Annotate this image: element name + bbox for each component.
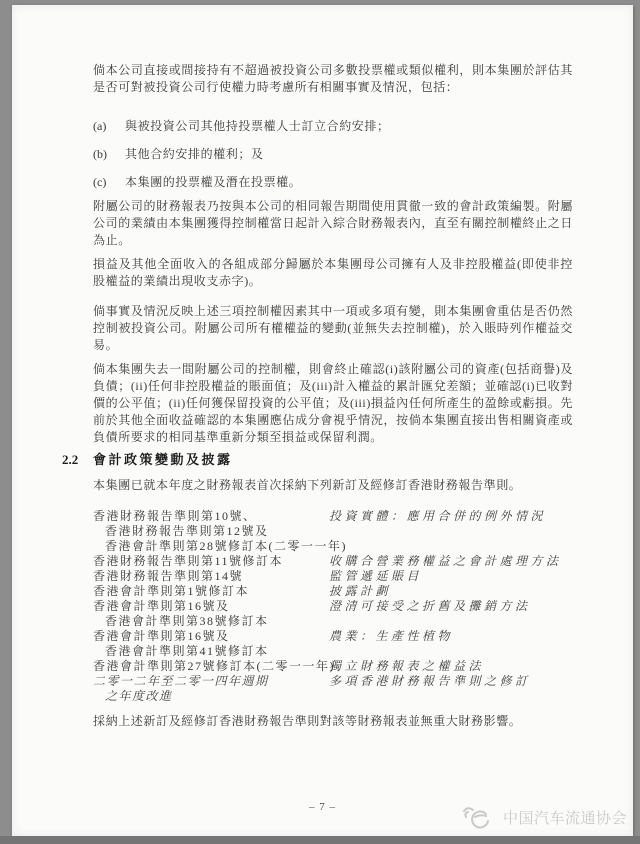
list-item-text: 其他合約安排的權利；及 [125,146,573,163]
section-heading-2-2: 2.2 會計政策變動及披露 [62,451,573,468]
standard-title: 獨立財務報表之權益法 [329,659,573,674]
list-item-label: (a) [93,118,113,135]
standards-row: 香港會計準則第1號修訂本 披露計劃 [93,584,573,599]
standard-title: 披露計劃 [329,584,573,599]
standards-row: 香港會計準則第16號及 香港會計準則第38號修訂本 澄清可接受之折舊及攤銷方法 [93,599,573,629]
list-item-text: 與被投資公司其他持投票權人士訂立合約安排； [125,118,573,135]
list-item-label: (c) [93,174,113,191]
list-item-label: (b) [93,146,113,163]
standard-title: 收購合營業務權益之會計處理方法 [329,554,573,569]
standard-name: 香港會計準則第1號修訂本 [93,584,329,599]
standard-title: 多項香港財務報告準則之修訂 [329,674,573,689]
standard-title: 監管遞延賬目 [329,569,573,584]
standard-name: 二零一二年至二零一四年週期 之年度改進 [93,674,329,704]
standards-row: 香港會計準則第16號及 香港會計準則第41號修訂本 農業：生產性植物 [93,629,573,659]
watermark: 中国汽车流通协会 [461,804,627,830]
paragraph-loss-of-control: 倘本集團失去一間附屬公司的控制權，則會終止確認(i)該附屬公司的資產(包括商譽)… [93,361,573,446]
scan-border-bottom [0,836,640,844]
standards-row: 二零一二年至二零一四年週期 之年度改進 多項香港財務報告準則之修訂 [93,674,573,704]
standard-title: 農業：生產性植物 [329,629,573,644]
standards-row: 香港財務報告準則第14號 監管遞延賬目 [93,569,573,584]
standards-table: 香港財務報告準則第10號、 香港財務報告準則第12號及 香港會計準則第28號修訂… [93,509,573,704]
list-item-a: (a) 與被投資公司其他持投票權人士訂立合約安排； [93,118,573,135]
standard-title: 投資實體：應用合併的例外情況 [329,509,573,524]
standard-name: 香港會計準則第27號修訂本(二零一一年) [93,659,329,674]
standard-name: 香港財務報告準則第11號修訂本 [93,554,329,569]
page-content: 倘本公司直接或間接持有不超過被投資公司多數投票權或類似權利，則本集團於評估其是否… [93,5,573,730]
paragraph-profit-loss-attribution: 損益及其他全面收入的各組成部分歸屬於本集團母公司擁有人及非控股權益(即使非控股權… [93,256,573,290]
paragraph-adoption-intro: 本集團已就本年度之財務報表首次採納下列新訂及經修訂香港財務報告準則。 [93,477,573,494]
list-item-b: (b) 其他合約安排的權利；及 [93,146,573,163]
paragraph-no-material-impact: 採納上述新訂及經修訂香港財務報告準則對該等財務報表並無重大財務影響。 [93,713,573,730]
list-item-text: 本集團的投票權及潛在投票權。 [125,174,573,191]
standards-row: 香港財務報告準則第10號、 香港財務報告準則第12號及 香港會計準則第28號修訂… [93,509,573,554]
paragraph-reassessment: 倘事實及情況反映上述三項控制權因素其中一項或多項有變，則本集團會重估是否仍然控制… [93,303,573,354]
standard-name: 香港會計準則第16號及 香港會計準則第38號修訂本 [93,599,329,629]
standards-row: 香港財務報告準則第11號修訂本 收購合營業務權益之會計處理方法 [93,554,573,569]
watermark-label: 中国汽车流通协会 [503,807,627,828]
standard-name: 香港財務報告準則第14號 [93,569,329,584]
standard-title: 澄清可接受之折舊及攤銷方法 [329,599,573,614]
list-item-c: (c) 本集團的投票權及潛在投票權。 [93,174,573,191]
standard-name: 香港會計準則第16號及 香港會計準則第41號修訂本 [93,629,329,659]
paragraph-subsidiary-statements: 附屬公司的財務報表乃按與本公司的相同報告期間使用貫徹一致的會計政策編製。附屬公司… [93,198,573,249]
document-page: 倘本公司直接或間接持有不超過被投資公司多數投票權或類似權利，則本集團於評估其是否… [12,5,633,836]
cada-logo-icon [461,804,497,830]
standards-row: 香港會計準則第27號修訂本(二零一一年) 獨立財務報表之權益法 [93,659,573,674]
standard-name: 香港財務報告準則第10號、 香港財務報告準則第12號及 香港會計準則第28號修訂… [93,509,329,554]
paragraph-control-assessment: 倘本公司直接或間接持有不超過被投資公司多數投票權或類似權利，則本集團於評估其是否… [93,62,573,96]
section-title: 會計政策變動及披露 [93,451,233,468]
section-number: 2.2 [62,451,83,468]
